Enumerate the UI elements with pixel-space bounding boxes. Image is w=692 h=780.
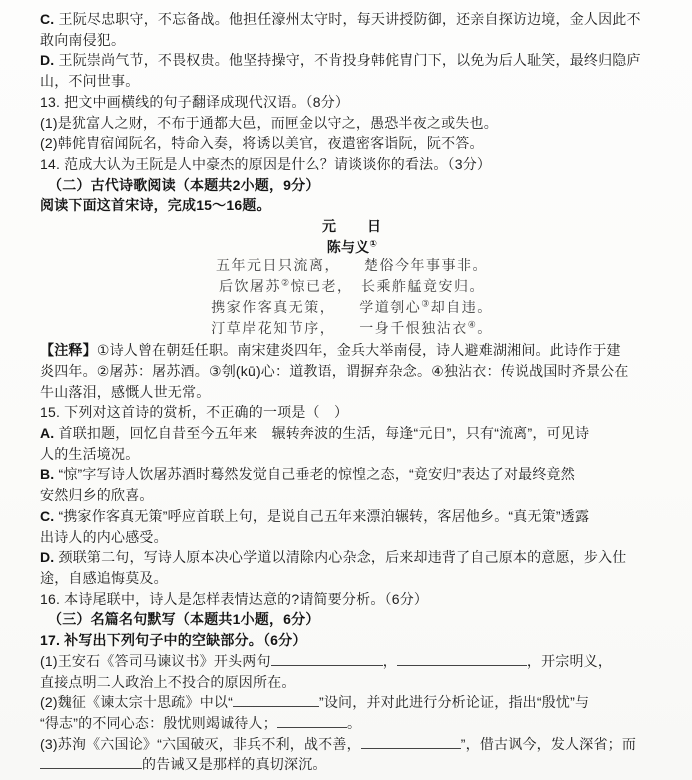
poem-line-4: 汀草岸花知节序， 一身千恨独沾衣④。 <box>40 320 664 341</box>
poem-author: 陈与义① <box>40 237 664 258</box>
translation-sentence-2: (2)韩侂胄宿闻阮名，特命入奏，将诱以美官，夜遣密客诣阮，阮不答。 <box>40 133 664 154</box>
option-b15-line-2: 安然归乡的欣喜。 <box>40 485 664 506</box>
poem-line-3: 携家作客真无策， 学道刳心③却自违。 <box>40 299 664 320</box>
section-2-header: （二）古代诗歌阅读（本题共2小题，9分） <box>40 175 664 196</box>
question-14: 14. 范成大认为王阮是人中豪杰的原因是什么？请谈谈你的看法。（3分） <box>40 154 664 175</box>
fill-blank-2-line-1: (2)魏征《谏太宗十思疏》中以“”设问，并对此进行分析论证，指出“殷忧”与 <box>40 692 664 713</box>
answer-blank <box>277 715 347 728</box>
option-c-line-1: C. 王阮尽忠职守，不忘备战。他担任濠州太守时，每天讲授防御，还亲自探访边境，金… <box>40 9 664 30</box>
option-c15-line-2: 出诗人的内心感受。 <box>40 527 664 548</box>
answer-blank <box>361 736 461 749</box>
option-a15-line-2: 人的生活境况。 <box>40 444 664 465</box>
notes-line-3: 牛山落泪，感慨人世无常。 <box>40 382 664 403</box>
option-d15-line-2: 途，自感追悔莫及。 <box>40 568 664 589</box>
poem-instruction: 阅读下面这首宋诗，完成15～16题。 <box>40 195 664 216</box>
fill-blank-1-line-1: (1)王安石《答司马谏议书》开头两句，，开宗明义， <box>40 651 664 672</box>
answer-blank <box>233 694 319 707</box>
fill-blank-2-line-2: “得志”的不同心态：殷忧则竭诚待人；。 <box>40 713 664 734</box>
option-d15-line-1: D. 颈联第二句，写诗人原本决心学道以清除内心杂念，后来却违背了自己原本的意愿，… <box>40 547 664 568</box>
question-16: 16. 本诗尾联中，诗人是怎样表情达意的?请简要分析。（6分） <box>40 589 664 610</box>
poem-line-1: 五年元日只流离， 楚俗今年事事非。 <box>40 257 664 278</box>
answer-blank <box>271 653 383 666</box>
option-c-line-2: 敢向南侵犯。 <box>40 30 664 51</box>
fill-blank-3-line-2: 的告诫又是那样的真切深沉。 <box>40 754 664 775</box>
question-15: 15. 下列对这首诗的赏析，不正确的一项是（ ） <box>40 402 664 423</box>
translation-sentence-1: (1)是犹富人之财，不布于通都大邑，而匣金以守之，愚恐半夜之或失也。 <box>40 113 664 134</box>
poem-line-2: 后饮屠苏②惊已老， 长乘舴艋竟安归。 <box>40 278 664 299</box>
section-3-header: （三）名篇名句默写（本题共1小题，6分） <box>40 609 664 630</box>
option-c15-line-1: C. “携家作客真无策”呼应首联上句，是说自己五年来漂泊辗转，客居他乡。“真无策… <box>40 506 664 527</box>
option-d-line-2: 山，不问世事。 <box>40 71 664 92</box>
option-d-line-1: D. 王阮崇尚气节，不畏权贵。他坚持操守，不肯投身韩侂胄门下，以免为后人耻笑，最… <box>40 50 664 71</box>
poem-title: 元 日 <box>40 216 664 237</box>
fill-blank-3-line-1: (3)苏洵《六国论》“六国破灭，非兵不利，战不善，”，借古讽今，发人深省；而 <box>40 734 664 755</box>
answer-blank <box>397 653 527 666</box>
document-body: C. 王阮尽忠职守，不忘备战。他担任濠州太守时，每天讲授防御，还亲自探访边境，金… <box>40 9 664 775</box>
notes-line-2: 炎四年。②屠苏：屠苏酒。③刳(kū)心：道教语，谓摒弃杂念。④独沾衣：传说战国时… <box>40 361 664 382</box>
option-b15-line-1: B. “惊”字写诗人饮屠苏酒时蓦然发觉自己垂老的惊惶之态，“竟安归”表达了对最终… <box>40 464 664 485</box>
fill-blank-1-line-2: 直接点明二人政治上不投合的原因所在。 <box>40 672 664 693</box>
notes-line-1: 【注释】①诗人曾在朝廷任职。南宋建炎四年，金兵大举南侵，诗人避难湖湘间。此诗作于… <box>40 340 664 361</box>
question-17: 17. 补写出下列句子中的空缺部分。（6分） <box>40 630 664 651</box>
question-13: 13. 把文中画横线的句子翻译成现代汉语。（8分） <box>40 92 664 113</box>
exam-page: C. 王阮尽忠职守，不忘备战。他担任濠州太守时，每天讲授防御，还亲自探访边境，金… <box>0 0 692 780</box>
answer-blank <box>40 756 142 769</box>
option-a15-line-1: A. 首联扣题，回忆自昔至今五年来 辗转奔波的生活，每逢“元日”，只有“流离”，… <box>40 423 664 444</box>
